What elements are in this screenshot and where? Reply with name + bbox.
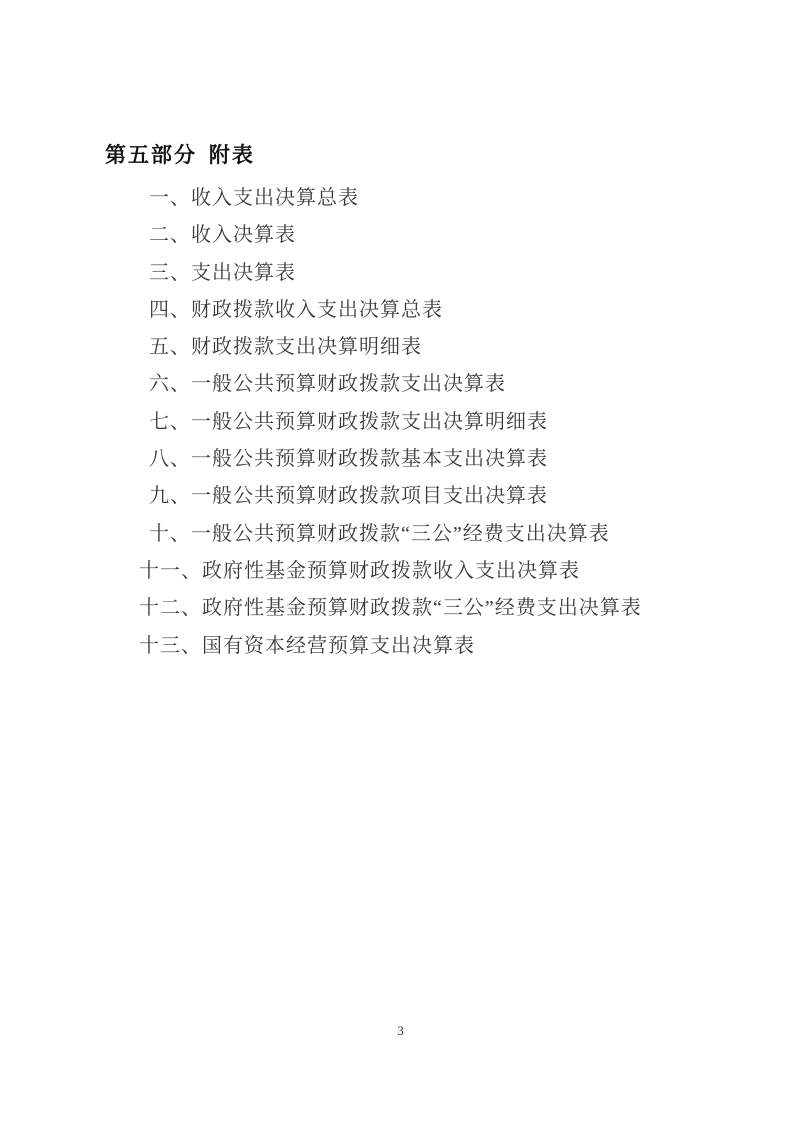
list-item: 十、一般公共预算财政拨款“三公”经费支出决算表	[0, 516, 793, 553]
list-item: 十二、政府性基金预算财政拨款“三公”经费支出决算表	[0, 590, 793, 627]
list-item: 四、财政拨款收入支出决算总表	[0, 292, 793, 329]
list-item: 一、收入支出决算总表	[0, 180, 793, 217]
page-footer: 3	[0, 1022, 793, 1040]
list-item: 十一、政府性基金预算财政拨款收入支出决算表	[0, 553, 793, 590]
list-item: 八、一般公共预算财政拨款基本支出决算表	[0, 441, 793, 478]
list-item: 五、财政拨款支出决算明细表	[0, 329, 793, 366]
list-item: 七、一般公共预算财政拨款支出决算明细表	[0, 404, 793, 441]
list-item: 三、支出决算表	[0, 255, 793, 292]
list-item: 二、收入决算表	[0, 217, 793, 254]
document-page: 第五部分 附表 一、收入支出决算总表 二、收入决算表 三、支出决算表 四、财政拨…	[0, 0, 793, 1122]
appendix-list: 一、收入支出决算总表 二、收入决算表 三、支出决算表 四、财政拨款收入支出决算总…	[0, 180, 793, 665]
page-number: 3	[397, 1023, 404, 1038]
list-item: 十三、国有资本经营预算支出决算表	[0, 628, 793, 665]
list-item: 九、一般公共预算财政拨款项目支出决算表	[0, 478, 793, 515]
section-title: 第五部分 附表	[105, 143, 255, 169]
list-item: 六、一般公共预算财政拨款支出决算表	[0, 366, 793, 403]
